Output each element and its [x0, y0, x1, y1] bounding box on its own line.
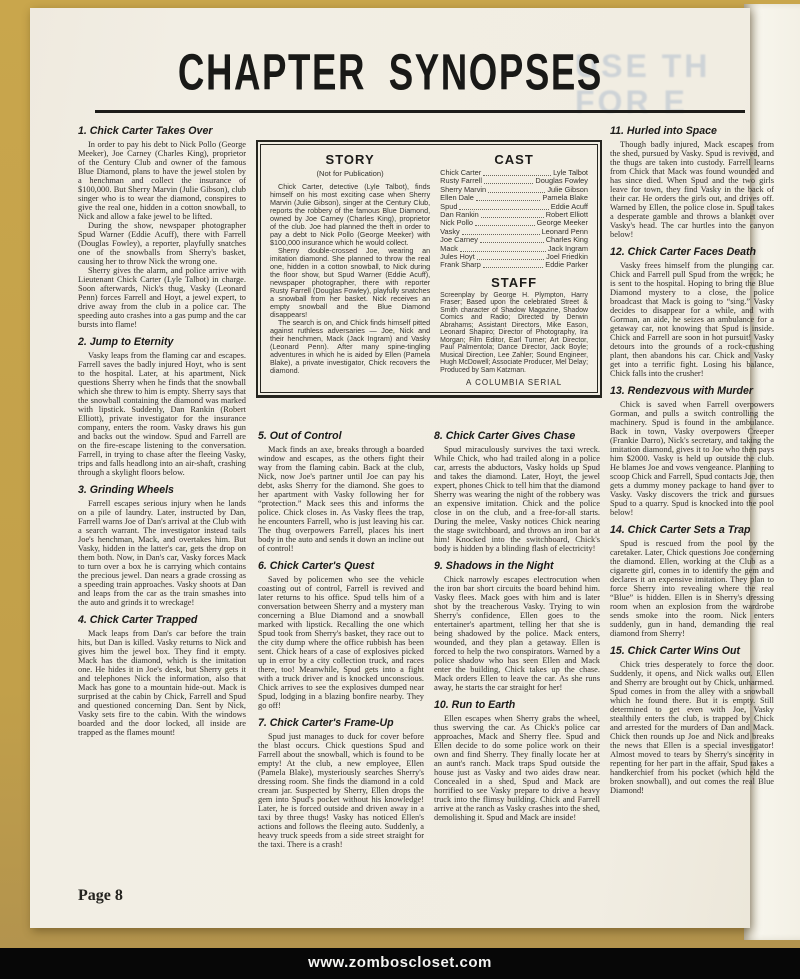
cast-staff-section: CAST Chick CarterLyle TalbotRusty Farrel…	[440, 151, 588, 387]
title-rule	[95, 110, 745, 113]
scanned-pressbook-scan: USE TH FOR E CHAPTER SYNOPSES 1. Chick C…	[0, 0, 800, 979]
chapter-title: 9. Shadows in the Night	[434, 560, 600, 572]
chapter-15: 15. Chick Carter Wins OutChick tries des…	[610, 645, 774, 795]
column-1: 1. Chick Carter Takes OverIn order to pa…	[78, 125, 246, 885]
chapter-8: 8. Chick Carter Gives ChaseSpud miraculo…	[434, 430, 600, 553]
watermark-bar: www.zomboscloset.com	[0, 948, 800, 979]
story-paragraph: Chick Carter, detective (Lyle Talbot), f…	[270, 183, 430, 247]
story-cast-staff-box-inner: STORY (Not for Publication) Chick Carter…	[260, 144, 598, 393]
chapter-paragraph: Spud just manages to duck for cover befo…	[258, 732, 424, 849]
page-title: CHAPTER SYNOPSES	[30, 44, 750, 99]
chapter-13: 13. Rendezvous with MurderChick is saved…	[610, 385, 774, 517]
chapter-title: 11. Hurled into Space	[610, 125, 774, 137]
chapter-title: 2. Jump to Eternity	[78, 336, 246, 348]
chapter-14: 14. Chick Carter Sets a TrapSpud is resc…	[610, 524, 774, 638]
chapter-4: 4. Chick Carter TrappedMack leaps from D…	[78, 614, 246, 737]
chapter-title: 5. Out of Control	[258, 430, 424, 442]
chapter-paragraph: In order to pay his debt to Nick Pollo (…	[78, 140, 246, 221]
pressbook-page: USE TH FOR E CHAPTER SYNOPSES 1. Chick C…	[30, 8, 750, 928]
column-2: 5. Out of ControlMack finds an axe, brea…	[258, 430, 424, 886]
chapter-paragraph: Though badly injured, Mack escapes from …	[610, 140, 774, 239]
dot-leader	[481, 217, 544, 218]
dot-leader	[484, 183, 533, 184]
story-subheading: (Not for Publication)	[270, 169, 430, 178]
chapter-title: 12. Chick Carter Faces Death	[610, 246, 774, 258]
chapter-paragraph: Chick is saved when Farrell overpowers G…	[610, 400, 774, 517]
chapter-paragraph: Farrell escapes serious injury when he l…	[78, 499, 246, 607]
chapter-11: 11. Hurled into SpaceThough badly injure…	[610, 125, 774, 239]
story-section: STORY (Not for Publication) Chick Carter…	[270, 151, 430, 387]
story-paragraph: The search is on, and Chick finds himsel…	[270, 319, 430, 375]
chapter-6: 6. Chick Carter's QuestSaved by policeme…	[258, 560, 424, 710]
chapter-title: 14. Chick Carter Sets a Trap	[610, 524, 774, 536]
chapter-2: 2. Jump to EternityVasky leaps from the …	[78, 336, 246, 477]
dot-leader	[483, 267, 543, 268]
chapter-title: 8. Chick Carter Gives Chase	[434, 430, 600, 442]
chapter-paragraph: Mack finds an axe, breaks through a boar…	[258, 445, 424, 553]
page-title-text: CHAPTER SYNOPSES	[178, 42, 603, 101]
dot-leader	[488, 192, 545, 193]
chapter-title: 6. Chick Carter's Quest	[258, 560, 424, 572]
dot-leader	[475, 225, 535, 226]
dot-leader	[476, 200, 541, 201]
cast-role: Frank Sharp	[440, 261, 481, 269]
chapter-paragraph: Vasky leaps from the flaming car and esc…	[78, 351, 246, 477]
staff-credits: Screenplay by George H. Plympton, Harry …	[440, 292, 588, 375]
chapter-title: 3. Grinding Wheels	[78, 484, 246, 496]
chapter-paragraph: Mack leaps from Dan's car before the tra…	[78, 629, 246, 737]
chapter-title: 13. Rendezvous with Murder	[610, 385, 774, 397]
story-heading: STORY	[270, 152, 430, 167]
staff-heading: STAFF	[440, 275, 588, 290]
column-3: 8. Chick Carter Gives ChaseSpud miraculo…	[434, 430, 600, 886]
chapter-paragraph: Saved by policemen who see the vehicle c…	[258, 575, 424, 710]
column-4: 11. Hurled into SpaceThough badly injure…	[610, 125, 774, 887]
chapter-5: 5. Out of ControlMack finds an axe, brea…	[258, 430, 424, 553]
chapter-7: 7. Chick Carter's Frame-UpSpud just mana…	[258, 717, 424, 849]
watermark-url: www.zomboscloset.com	[308, 954, 492, 971]
chapter-title: 15. Chick Carter Wins Out	[610, 645, 774, 657]
chapter-paragraph: Sherry gives the alarm, and police arriv…	[78, 266, 246, 329]
page-number: Page 8	[78, 887, 123, 905]
story-paragraphs: Chick Carter, detective (Lyle Talbot), f…	[270, 183, 430, 375]
chapter-title: 4. Chick Carter Trapped	[78, 614, 246, 626]
story-paragraph: Sherry double-crossed Joe, wearing an im…	[270, 247, 430, 319]
cast-list: Chick CarterLyle TalbotRusty FarrellDoug…	[440, 169, 588, 270]
chapter-3: 3. Grinding WheelsFarrell escapes seriou…	[78, 484, 246, 607]
chapter-title: 1. Chick Carter Takes Over	[78, 125, 246, 137]
chapter-paragraph: Vasky frees himself from the plunging ca…	[610, 261, 774, 378]
cast-heading: CAST	[440, 152, 588, 167]
chapter-12: 12. Chick Carter Faces DeathVasky frees …	[610, 246, 774, 378]
dot-leader	[477, 259, 544, 260]
chapter-9: 9. Shadows in the NightChick narrowly es…	[434, 560, 600, 692]
chapter-1: 1. Chick Carter Takes OverIn order to pa…	[78, 125, 246, 329]
cast-actor: Eddie Parker	[545, 261, 588, 269]
cast-row: Frank SharpEddie Parker	[440, 261, 588, 269]
chapter-paragraph: Spud is rescued from the pool by the car…	[610, 539, 774, 638]
chapter-paragraph: Spud miraculously survives the taxi wrec…	[434, 445, 600, 553]
chapter-title: 10. Run to Earth	[434, 699, 600, 711]
story-cast-staff-box: STORY (Not for Publication) Chick Carter…	[256, 140, 602, 398]
chapter-paragraph: During the show, newspaper photographer …	[78, 221, 246, 266]
dot-leader	[480, 242, 544, 243]
chapter-title: 7. Chick Carter's Frame-Up	[258, 717, 424, 729]
chapter-paragraph: Ellen escapes when Sherry grabs the whee…	[434, 714, 600, 822]
chapter-paragraph: Chick tries desperately to force the doo…	[610, 660, 774, 795]
chapter-10: 10. Run to EarthEllen escapes when Sherr…	[434, 699, 600, 822]
serial-footer: A COLUMBIA SERIAL	[440, 378, 588, 387]
chapter-paragraph: Chick narrowly escapes electrocution whe…	[434, 575, 600, 692]
